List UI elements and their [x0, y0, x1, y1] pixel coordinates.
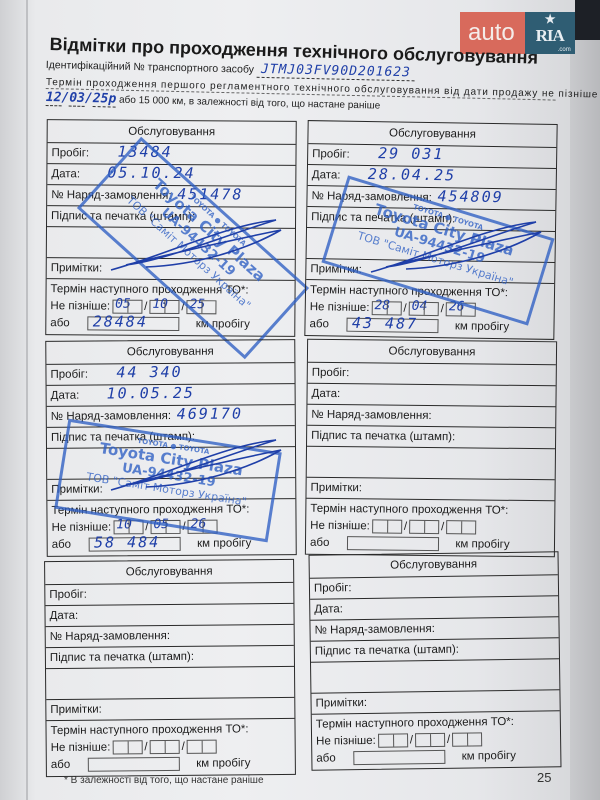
next-km-box[interactable]: 28484 [88, 316, 180, 331]
background-corner [575, 0, 600, 40]
field-text: Пробіг: [50, 369, 88, 381]
star-icon: ★ [545, 12, 556, 27]
field-text: 10 [152, 296, 168, 312]
field-text: / [144, 739, 147, 755]
date-field[interactable]: Дата:05.10.24 [47, 164, 295, 187]
card-title: Обслуговування [308, 340, 556, 366]
field-text: 28.04.25 [368, 164, 457, 185]
page-binding [26, 0, 28, 800]
next-service-label: Термін наступного проходження ТО*: [310, 501, 550, 520]
next-service-section: Термін наступного проходження ТО*: Не пі… [306, 499, 555, 557]
not-later-row: Не пізніше: / / [51, 737, 291, 756]
field-text: Пробіг: [314, 582, 352, 595]
field-text: або [52, 536, 72, 552]
field-text: км пробігу [455, 536, 509, 553]
not-later-row: Не пізніше: 10 / 05 / 26 [51, 517, 291, 536]
signature-label: Підпис та печатка (штамп): [307, 426, 555, 450]
field-text: Примітки: [50, 704, 102, 716]
vin-value: JTMJ03FV90D201623 [257, 62, 415, 82]
order-number-field[interactable]: № Наряд-замовлення:469170 [47, 405, 295, 428]
not-later-row: Не пізніше: / / [310, 517, 550, 537]
date-field[interactable]: Дата: [307, 384, 555, 408]
next-day-box[interactable] [372, 519, 402, 533]
field-text: або [309, 316, 329, 332]
field-text: 04 [412, 298, 428, 314]
order-number-field[interactable]: № Наряд-замовлення:451478 [47, 185, 295, 208]
field-text: Підпис та печатка (штамп): [315, 644, 459, 658]
field-text: 58 484 [94, 534, 160, 550]
field-text: км пробігу [196, 316, 250, 332]
next-km-box[interactable]: 43 487 [347, 317, 439, 332]
card-title: Обслуговування [45, 560, 293, 585]
or-km-row: або км пробігу [310, 534, 550, 554]
field-text: / [441, 301, 444, 317]
field-text: Обслуговування [128, 126, 215, 139]
field-text: 28 [374, 298, 390, 314]
next-month-box[interactable] [409, 519, 439, 533]
field-text: № Наряд-замовлення: [51, 410, 171, 423]
field-text: № Наряд-замовлення: [51, 189, 171, 202]
next-month-box[interactable]: 05 [150, 519, 180, 533]
field-text: Пробіг: [51, 147, 89, 159]
next-km-box[interactable]: 58 484 [89, 536, 181, 551]
field-text: або [316, 750, 336, 766]
next-year-box[interactable] [187, 739, 217, 753]
page-edge [570, 30, 600, 800]
field-text: або [50, 315, 70, 331]
signature-area[interactable] [311, 659, 559, 693]
field-text: 451478 [177, 184, 243, 204]
field-text: Термін наступного проходження ТО*: [310, 284, 508, 299]
service-record-card-2: Обслуговування Пробіг:29 031 Дата:28.04.… [304, 120, 557, 340]
field-text: Примітки: [51, 262, 103, 274]
next-day-box[interactable]: 05 [112, 299, 142, 313]
field-text: або [51, 756, 71, 772]
field-text: Дата: [312, 169, 341, 181]
next-day-box[interactable]: 10 [113, 520, 143, 534]
field-text: 13484 [117, 142, 172, 162]
field-text: Дата: [311, 388, 340, 400]
next-year-box[interactable]: 25 [186, 300, 216, 314]
next-km-box[interactable] [88, 756, 180, 771]
field-text: Дата: [51, 390, 80, 402]
notes-field[interactable]: Примітки: [47, 478, 295, 501]
field-text: Термін наступного проходження ТО*: [51, 503, 249, 516]
vin-label: Ідентифікаційний № транспортного засобу [46, 59, 254, 76]
page-number: 25 [537, 770, 551, 785]
date-field[interactable]: Дата: [45, 604, 293, 627]
field-text: Дата: [49, 610, 78, 622]
field-text: 469170 [177, 403, 243, 423]
field-text: Обслуговування [389, 346, 476, 359]
field-text: Підпис та печатка (штамп): [311, 430, 455, 444]
service-record-card-1: Обслуговування Пробіг:13484 Дата:05.10.2… [45, 119, 297, 337]
card-title: Обслуговування [310, 552, 558, 578]
next-service-label: Термін наступного проходження ТО*: [51, 501, 291, 519]
field-text: або [310, 534, 330, 550]
field-text: 26 [191, 516, 207, 532]
signature-area[interactable] [47, 227, 295, 260]
notes-field[interactable]: Примітки: [306, 478, 554, 502]
field-text: км пробігу [197, 535, 251, 551]
watermark-ria-text: RIA [527, 26, 573, 46]
field-text: Не пізніше: [51, 739, 111, 756]
service-record-card-3: Обслуговування Пробіг:44 340 Дата:10.05.… [45, 339, 297, 557]
field-text: Не пізніше: [316, 732, 376, 749]
field-text: Термін наступного проходження ТО*: [316, 716, 514, 731]
mileage-field[interactable]: Пробіг: [45, 583, 293, 606]
not-later-row: Не пізніше: 05 / 10 / 25 [50, 297, 290, 316]
or-km-row: або км пробігу [316, 746, 556, 766]
next-month-box[interactable] [415, 732, 445, 746]
date-field[interactable]: Дата:10.05.25 [47, 384, 295, 407]
field-text: Пробіг: [312, 148, 350, 161]
signature-label: Підпис та печатка (штамп): [46, 646, 294, 669]
next-day-box[interactable] [112, 740, 142, 754]
field-text: Дата: [51, 168, 80, 180]
watermark-com: .com [558, 47, 571, 53]
field-text: 05 [115, 296, 131, 312]
service-book-page: auto ★ RIA .com Відмітки про проходження… [0, 0, 595, 800]
field-text: / [441, 519, 444, 535]
next-km-box[interactable] [347, 536, 439, 551]
next-month-box[interactable]: 10 [149, 299, 179, 313]
field-text: 10.05.25 [107, 383, 195, 404]
field-text: Підпис та печатка (штамп): [51, 431, 195, 444]
or-km-row: або 58 484 км пробігу [52, 534, 292, 553]
notes-field[interactable]: Примітки: [46, 698, 294, 721]
field-text: Підпис та печатка (штамп): [50, 651, 194, 664]
field-text: Дата: [314, 603, 343, 615]
field-text: 10 [116, 517, 132, 533]
next-year-box[interactable]: 26 [188, 519, 218, 533]
field-text: / [410, 732, 413, 748]
field-text: Обслуговування [390, 558, 477, 571]
field-text: км пробігу [196, 755, 250, 771]
first-service-month: 03 [69, 91, 85, 107]
field-text: Не пізніше: [310, 517, 370, 534]
next-month-box[interactable]: 04 [409, 301, 439, 315]
field-text: км пробігу [462, 747, 516, 764]
field-text: Підпис та печатка (штамп): [311, 211, 455, 225]
next-year-box[interactable] [446, 520, 476, 534]
first-service-day: 12 [46, 90, 62, 106]
field-text: 43 487 [352, 314, 418, 331]
next-year-box[interactable] [452, 732, 482, 746]
field-text: Термін наступного проходження ТО*: [50, 723, 248, 737]
field-text: Пробіг: [312, 367, 350, 379]
field-text: № Наряд-замовлення: [311, 409, 431, 422]
service-record-card-5: Обслуговування Пробіг: Дата: № Наряд-зам… [44, 559, 296, 777]
next-year-box[interactable]: 26 [446, 302, 476, 316]
order-number-field[interactable]: № Наряд-замовлення: [46, 625, 294, 648]
signature-area[interactable] [307, 228, 555, 263]
field-text: Примітки: [316, 697, 368, 710]
signature-label: Підпис та печатка (штамп): [47, 206, 295, 229]
field-text: № Наряд-замовлення: [311, 190, 431, 204]
footnote: * В залежності від того, що настане рані… [64, 775, 264, 786]
field-text: км пробігу [455, 318, 509, 335]
or-km-row: або 28484 км пробігу [50, 314, 290, 333]
field-text: Примітки: [51, 483, 103, 495]
next-day-box[interactable]: 28 [371, 301, 401, 315]
first-service-year: 25р [93, 91, 117, 108]
field-text: 28484 [93, 313, 148, 329]
signature-label: Підпис та печатка (штамп): [47, 426, 295, 449]
field-text: 05 [153, 517, 169, 533]
next-service-section: Термін наступного проходження ТО*: Не пі… [46, 719, 294, 776]
service-record-card-6: Обслуговування Пробіг: Дата: № Наряд-зам… [309, 551, 562, 770]
signature-area[interactable] [307, 447, 555, 481]
field-text: 454809 [437, 186, 503, 207]
field-text: Примітки: [310, 263, 362, 276]
next-day-box[interactable] [378, 733, 408, 747]
field-text: Примітки: [311, 482, 363, 495]
mileage-field[interactable]: Пробіг: [308, 363, 556, 387]
next-km-box[interactable] [354, 749, 446, 764]
field-text: № Наряд-замовлення: [314, 623, 434, 637]
field-text: Підпис та печатка (штамп): [51, 210, 195, 223]
field-text: Обслуговування [126, 566, 213, 579]
field-text: / [182, 738, 185, 754]
next-service-label: Термін наступного проходження ТО*: [51, 281, 291, 299]
field-text: Термін наступного проходження ТО*: [310, 503, 508, 517]
next-service-section: Термін наступного проходження ТО*: Не пі… [47, 499, 295, 556]
field-text: Обслуговування [127, 346, 214, 359]
service-record-card-4: Обслуговування Пробіг: Дата: № Наряд-зам… [305, 339, 557, 558]
or-km-row: або км пробігу [51, 754, 291, 773]
signature-area[interactable] [46, 667, 294, 700]
next-service-section: Термін наступного проходження ТО*: Не пі… [46, 279, 294, 336]
notes-field[interactable]: Примітки: [47, 258, 295, 281]
field-text: / [182, 518, 185, 534]
first-service-tail: або 15 000 км, в залежності від того, що… [119, 95, 380, 112]
field-text: 29 031 [378, 143, 444, 164]
order-number-field[interactable]: № Наряд-замовлення: [307, 405, 555, 429]
field-text: Обслуговування [389, 127, 476, 140]
or-km-row: або 43 487 км пробігу [309, 315, 549, 336]
next-service-section: Термін наступного проходження ТО*: Не пі… [312, 711, 561, 769]
field-text: 25 [190, 297, 206, 313]
field-text: Пробіг: [49, 589, 87, 601]
next-service-section: Термін наступного проходження ТО*: Не пі… [305, 280, 554, 339]
signature-area[interactable] [47, 447, 295, 480]
field-text: 05.10.24 [107, 163, 195, 184]
field-text: / [181, 299, 184, 315]
field-text: 44 340 [116, 362, 182, 382]
field-text: 26 [449, 299, 465, 315]
next-month-box[interactable] [150, 739, 180, 753]
field-text: / [404, 518, 407, 534]
field-text: № Наряд-замовлення: [50, 630, 170, 643]
field-text: Термін наступного проходження ТО*: [51, 283, 249, 296]
field-text: / [447, 731, 450, 747]
